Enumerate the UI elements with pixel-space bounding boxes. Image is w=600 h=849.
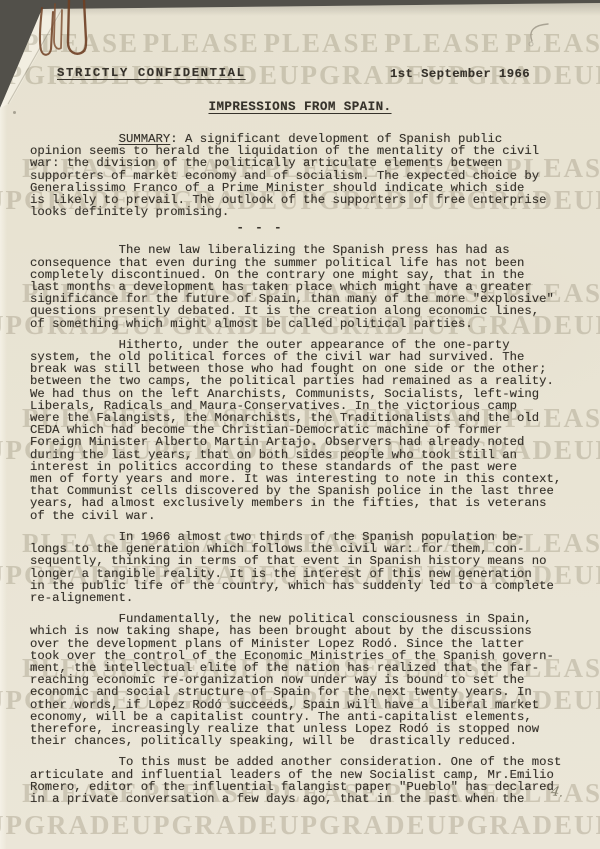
confidential-stamp: STRICTLY CONFIDENTIAL [57, 66, 246, 80]
document-date: 1st September 1966 [390, 67, 530, 81]
scanned-document-page: PLEASEPLEASEPLEASEPLEASEPLEASEUPGRADEUPG… [0, 0, 600, 849]
paragraph: Hitherto, under the outer appearance of … [30, 339, 578, 522]
paragraph: Fundamentally, the new political conscio… [30, 613, 578, 747]
document-body: SUMMARY: A significant development of Sp… [30, 133, 578, 805]
paper-sheet: PLEASEPLEASEPLEASEPLEASEPLEASEUPGRADEUPG… [0, 0, 600, 849]
page-title: IMPRESSIONS FROM SPAIN. [0, 100, 600, 114]
summary-text: : A significant development of Spanish p… [30, 132, 547, 219]
paragraph: In 1966 almost two thirds of the Spanish… [30, 531, 578, 604]
paragraph-list: The new law liberalizing the Spanish pre… [30, 244, 578, 805]
paperclip-icon [28, 0, 100, 66]
paragraph: The new law liberalizing the Spanish pre… [30, 244, 578, 329]
summary-paragraph: SUMMARY: A significant development of Sp… [30, 133, 578, 218]
paragraph: To this must be added another considerat… [30, 756, 578, 805]
handwritten-page-number: 4. [550, 784, 564, 801]
dash-separator: - - - [30, 221, 490, 235]
pencil-squiggle [515, 18, 560, 53]
